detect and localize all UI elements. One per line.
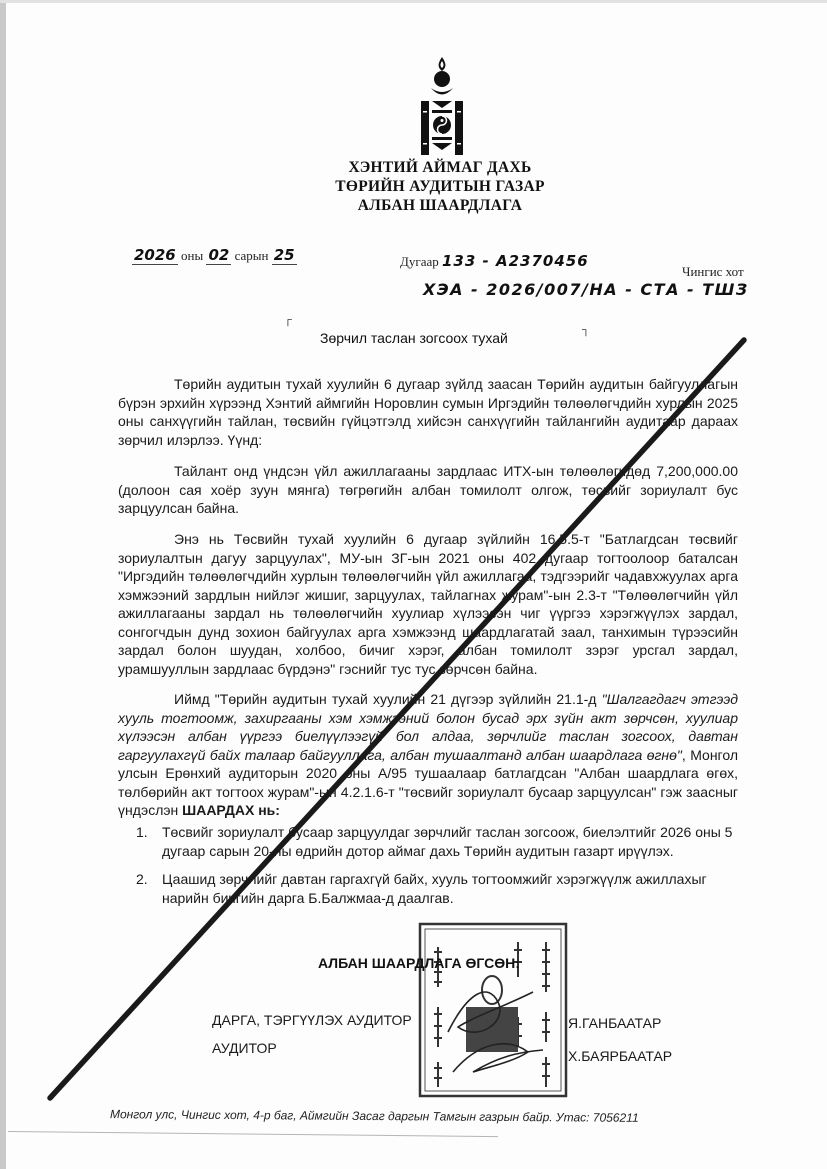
signatory-name: Х.БАЯРБААТАР — [568, 1048, 672, 1064]
date-year-suffix: оны — [181, 248, 203, 263]
scan-left-edge — [0, 0, 6, 1169]
subject-corner-left: ┌ — [284, 314, 292, 326]
paragraph-text: Энэ нь Төсвийн тухай хуулийн 6 дугаар зү… — [118, 530, 738, 678]
official-seal-stamp — [418, 922, 568, 1098]
document-subject: Зөрчил таслан зогсоох тухай — [320, 330, 508, 346]
date-year: 2026 — [132, 246, 178, 265]
soyombo-emblem-icon — [418, 55, 466, 165]
list-text: Цаашид зөрчлийг давтан гаргахгүй байх, х… — [162, 870, 746, 907]
date-month: 02 — [206, 246, 231, 265]
document-header: ХЭНТИЙ АЙМАГ ДАХЬ ТӨРИЙН АУДИТЫН ГАЗАР А… — [250, 158, 630, 215]
signatory-role: ДАРГА, ТЭРГҮҮЛЭХ АУДИТОР — [212, 1012, 412, 1028]
header-line-1: ХЭНТИЙ АЙМАГ ДАХЬ — [250, 158, 630, 177]
paragraph-text: Төрийн аудитын тухай хуулийн 6 дугаар зү… — [118, 375, 738, 449]
footer-divider — [8, 1131, 498, 1137]
paragraph-demand-basis: Иймд "Төрийн аудитын тухай хуулийн 21 дү… — [118, 690, 738, 820]
signatory-role: АУДИТОР — [212, 1040, 277, 1056]
registration-number: ХЭА - 2026/007/НА - СТА - ТШЗ — [423, 280, 749, 299]
number-label: Дугаар — [400, 254, 439, 269]
paragraph-text: Иймд "Төрийн аудитын тухай хуулийн 21 дү… — [118, 690, 738, 820]
date-month-suffix: сарын — [235, 248, 269, 263]
document-city: Чингис хот — [682, 264, 744, 280]
paragraph-text: Тайлант онд үндсэн үйл ажиллагааны зардл… — [118, 462, 738, 518]
paragraph-violation: Тайлант онд үндсэн үйл ажиллагааны зардл… — [118, 462, 738, 518]
list-item: 2. Цаашид зөрчлийг давтан гаргахгүй байх… — [136, 870, 746, 907]
date-day: 25 — [272, 246, 297, 265]
document-date: 2026 оны 02 сарын 25 — [132, 246, 297, 265]
paragraph-findings: Төрийн аудитын тухай хуулийн 6 дугаар зү… — [118, 375, 738, 449]
demand-heading: ШААРДАХ нь: — [182, 802, 280, 818]
header-line-2: ТӨРИЙН АУДИТЫН ГАЗАР — [250, 177, 630, 196]
subject-corner-right: ┐ — [582, 324, 590, 336]
list-number: 2. — [136, 870, 162, 907]
signature-heading: АЛБАН ШААРДЛАГА ӨГСӨН: — [318, 955, 520, 971]
list-number: 1. — [136, 823, 162, 860]
paragraph-lead: Иймд "Төрийн аудитын тухай хуулийн 21 дү… — [174, 691, 602, 707]
document-number: Дугаар 133 - А2370456 — [400, 252, 589, 270]
footer-address: Монгол улс, Чингис хот, 4-р баг, Аймгийн… — [110, 1107, 639, 1125]
number-value: 133 - А2370456 — [442, 252, 589, 270]
paragraph-legal-basis: Энэ нь Төсвийн тухай хуулийн 6 дугаар зү… — [118, 530, 738, 678]
list-text: Төсвийг зориулалт бусаар зарцуулдаг зөрч… — [162, 823, 746, 860]
signatory-name: Я.ГАНБААТАР — [568, 1015, 661, 1031]
scan-top-edge — [0, 0, 827, 3]
header-line-3: АЛБАН ШААРДЛАГА — [250, 196, 630, 215]
demands-list: 1. Төсвийг зориулалт бусаар зарцуулдаг з… — [136, 823, 746, 917]
list-item: 1. Төсвийг зориулалт бусаар зарцуулдаг з… — [136, 823, 746, 860]
